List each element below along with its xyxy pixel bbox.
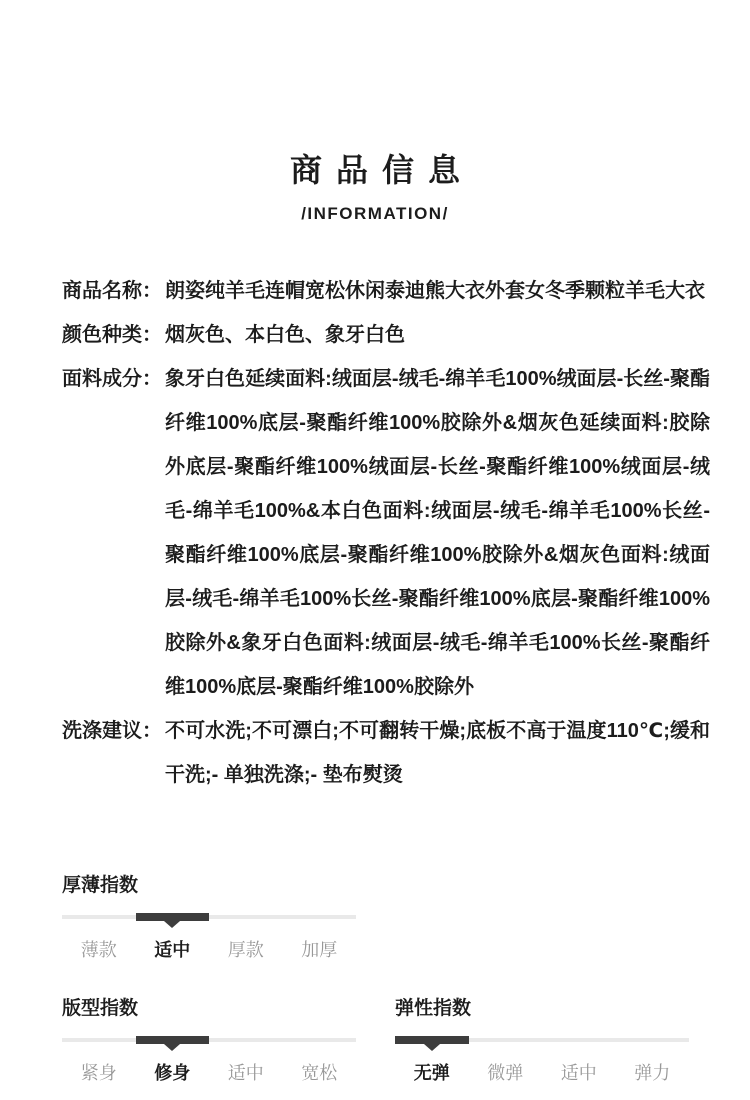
slider-thumb	[395, 1036, 469, 1044]
elasticity-options: 无弹 微弹 适中 弹力	[395, 1061, 689, 1085]
detail-row-product-name: 商品名称： 朗姿纯羊毛连帽宽松休闲泰迪熊大衣外套女冬季颗粒羊毛大衣	[62, 269, 710, 313]
fit-index-title: 版型指数	[62, 997, 356, 1021]
index-option-extra-thick: 加厚	[283, 938, 357, 962]
index-option-stretchy: 弹力	[616, 1061, 690, 1085]
index-option-medium: 适中	[136, 938, 210, 962]
slider-thumb	[136, 1036, 210, 1044]
elasticity-index-title: 弹性指数	[395, 997, 689, 1021]
detail-row-washing: 洗涤建议： 不可水洗;不可漂白;不可翻转干燥;底板不高于温度110℃;缓和干洗;…	[62, 709, 710, 797]
index-option-medium-stretch: 适中	[542, 1061, 616, 1085]
detail-value-colors: 烟灰色、本白色、象牙白色	[165, 313, 710, 357]
slider-track	[62, 915, 356, 919]
thickness-slider	[62, 910, 356, 924]
detail-row-colors: 颜色种类： 烟灰色、本白色、象牙白色	[62, 313, 710, 357]
detail-value-fabric: 象牙白色延续面料:绒面层-绒毛-绵羊毛100%绒面层-长丝-聚酯纤维100%底层…	[165, 357, 710, 709]
index-option-loose: 宽松	[283, 1061, 357, 1085]
thickness-index-section: 厚薄指数 薄款 适中 厚款 加厚	[62, 874, 356, 962]
fit-slider	[62, 1033, 356, 1047]
slider-thumb	[136, 913, 210, 921]
product-info-page: 商品信息 /INFORMATION/ 商品名称： 朗姿纯羊毛连帽宽松休闲泰迪熊大…	[0, 0, 750, 1100]
index-option-slight-stretch: 微弹	[469, 1061, 543, 1085]
index-option-regular: 适中	[209, 1061, 283, 1085]
index-sections-row2: 版型指数 紧身 修身 适中 宽松 弹性指数	[62, 997, 689, 1085]
fit-index-section: 版型指数 紧身 修身 适中 宽松	[62, 997, 356, 1085]
index-option-thick: 厚款	[209, 938, 283, 962]
detail-value-washing: 不可水洗;不可漂白;不可翻转干燥;底板不高于温度110℃;缓和干洗;- 单独洗涤…	[165, 709, 710, 797]
detail-label-colors: 颜色种类：	[62, 313, 165, 357]
detail-label-fabric: 面料成分：	[62, 357, 165, 709]
page-header: 商品信息 /INFORMATION/	[0, 0, 750, 225]
index-option-no-stretch: 无弹	[395, 1061, 469, 1085]
page-title: 商品信息	[0, 152, 750, 189]
index-option-tight: 紧身	[62, 1061, 136, 1085]
detail-label-washing: 洗涤建议：	[62, 709, 165, 797]
index-option-slim: 修身	[136, 1061, 210, 1085]
slider-track	[62, 1038, 356, 1042]
elasticity-slider	[395, 1033, 689, 1047]
index-option-thin: 薄款	[62, 938, 136, 962]
detail-value-product-name: 朗姿纯羊毛连帽宽松休闲泰迪熊大衣外套女冬季颗粒羊毛大衣	[165, 269, 710, 313]
elasticity-index-section: 弹性指数 无弹 微弹 适中 弹力	[395, 997, 689, 1085]
page-subtitle: /INFORMATION/	[0, 203, 750, 225]
index-sections: 厚薄指数 薄款 适中 厚款 加厚 版型指数 紧身 修	[62, 874, 689, 1085]
thickness-index-title: 厚薄指数	[62, 874, 356, 898]
product-details: 商品名称： 朗姿纯羊毛连帽宽松休闲泰迪熊大衣外套女冬季颗粒羊毛大衣 颜色种类： …	[62, 269, 710, 797]
detail-label-product-name: 商品名称：	[62, 269, 165, 313]
fit-options: 紧身 修身 适中 宽松	[62, 1061, 356, 1085]
thickness-options: 薄款 适中 厚款 加厚	[62, 938, 356, 962]
detail-row-fabric: 面料成分： 象牙白色延续面料:绒面层-绒毛-绵羊毛100%绒面层-长丝-聚酯纤维…	[62, 357, 710, 709]
